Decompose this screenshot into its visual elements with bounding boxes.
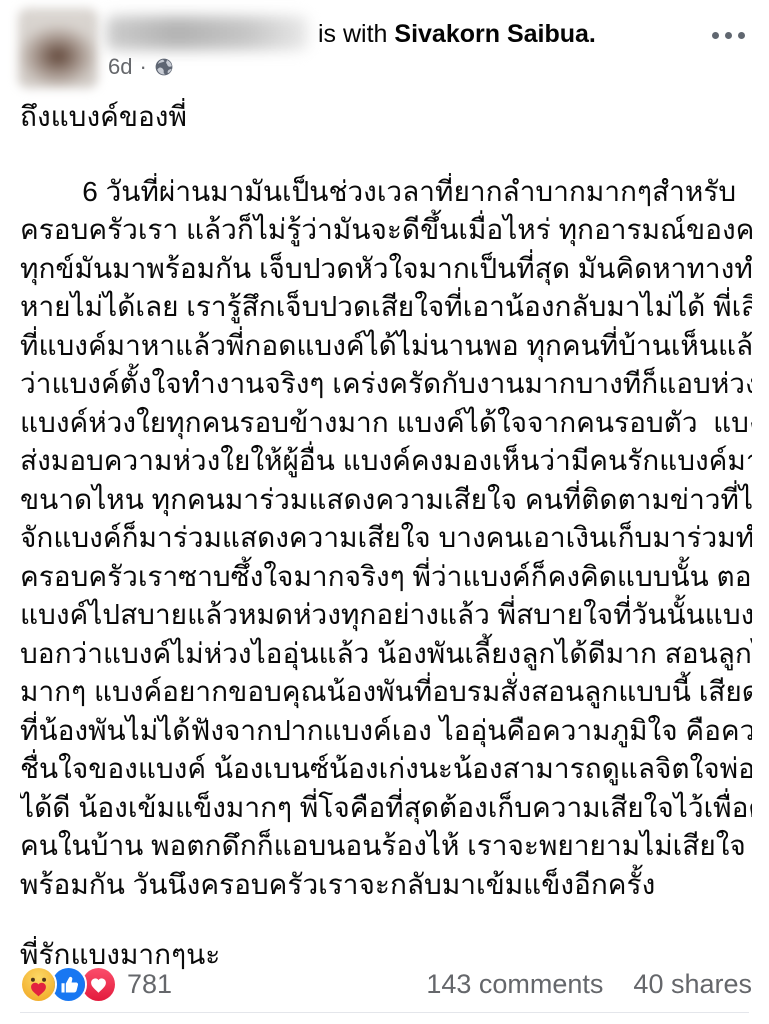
author-name-redacted[interactable] [106,16,308,50]
headline-context: is with [318,20,394,48]
timestamp[interactable]: 6d [108,54,132,80]
meta-separator: · [139,54,146,80]
globe-icon [154,57,174,77]
post-options-button[interactable] [704,20,752,50]
post-meta: 6d · [108,54,174,80]
avatar[interactable] [18,8,98,88]
care-reaction-icon[interactable] [20,966,57,1003]
comments-count[interactable]: 143 comments [426,969,603,1000]
dot [738,32,745,39]
reaction-count[interactable]: 781 [127,969,172,1000]
tagged-profile-link[interactable]: Sivakorn Saibua. [394,20,595,48]
counts: 143 comments 40 shares [426,969,752,1000]
dot [712,32,719,39]
reaction-icons[interactable] [20,966,117,1003]
shares-count[interactable]: 40 shares [633,969,752,1000]
dot [725,32,732,39]
engagement-bar: 781 143 comments 40 shares [20,964,752,1004]
facebook-post: is with Sivakorn Saibua. 6d · ถึงแบงค์ขอ… [0,0,769,1024]
divider [20,1012,749,1013]
post-greeting: ถึงแบงค์ของพี่ [20,98,752,137]
post-paragraph: 6 วันที่ผ่านมามันเป็นช่วงเวลาที่ยากลำบาก… [20,173,752,905]
post-headline: is with Sivakorn Saibua. [318,17,596,51]
post-content: ถึงแบงค์ของพี่ 6 วันที่ผ่านมามันเป็นช่วง… [20,98,752,975]
